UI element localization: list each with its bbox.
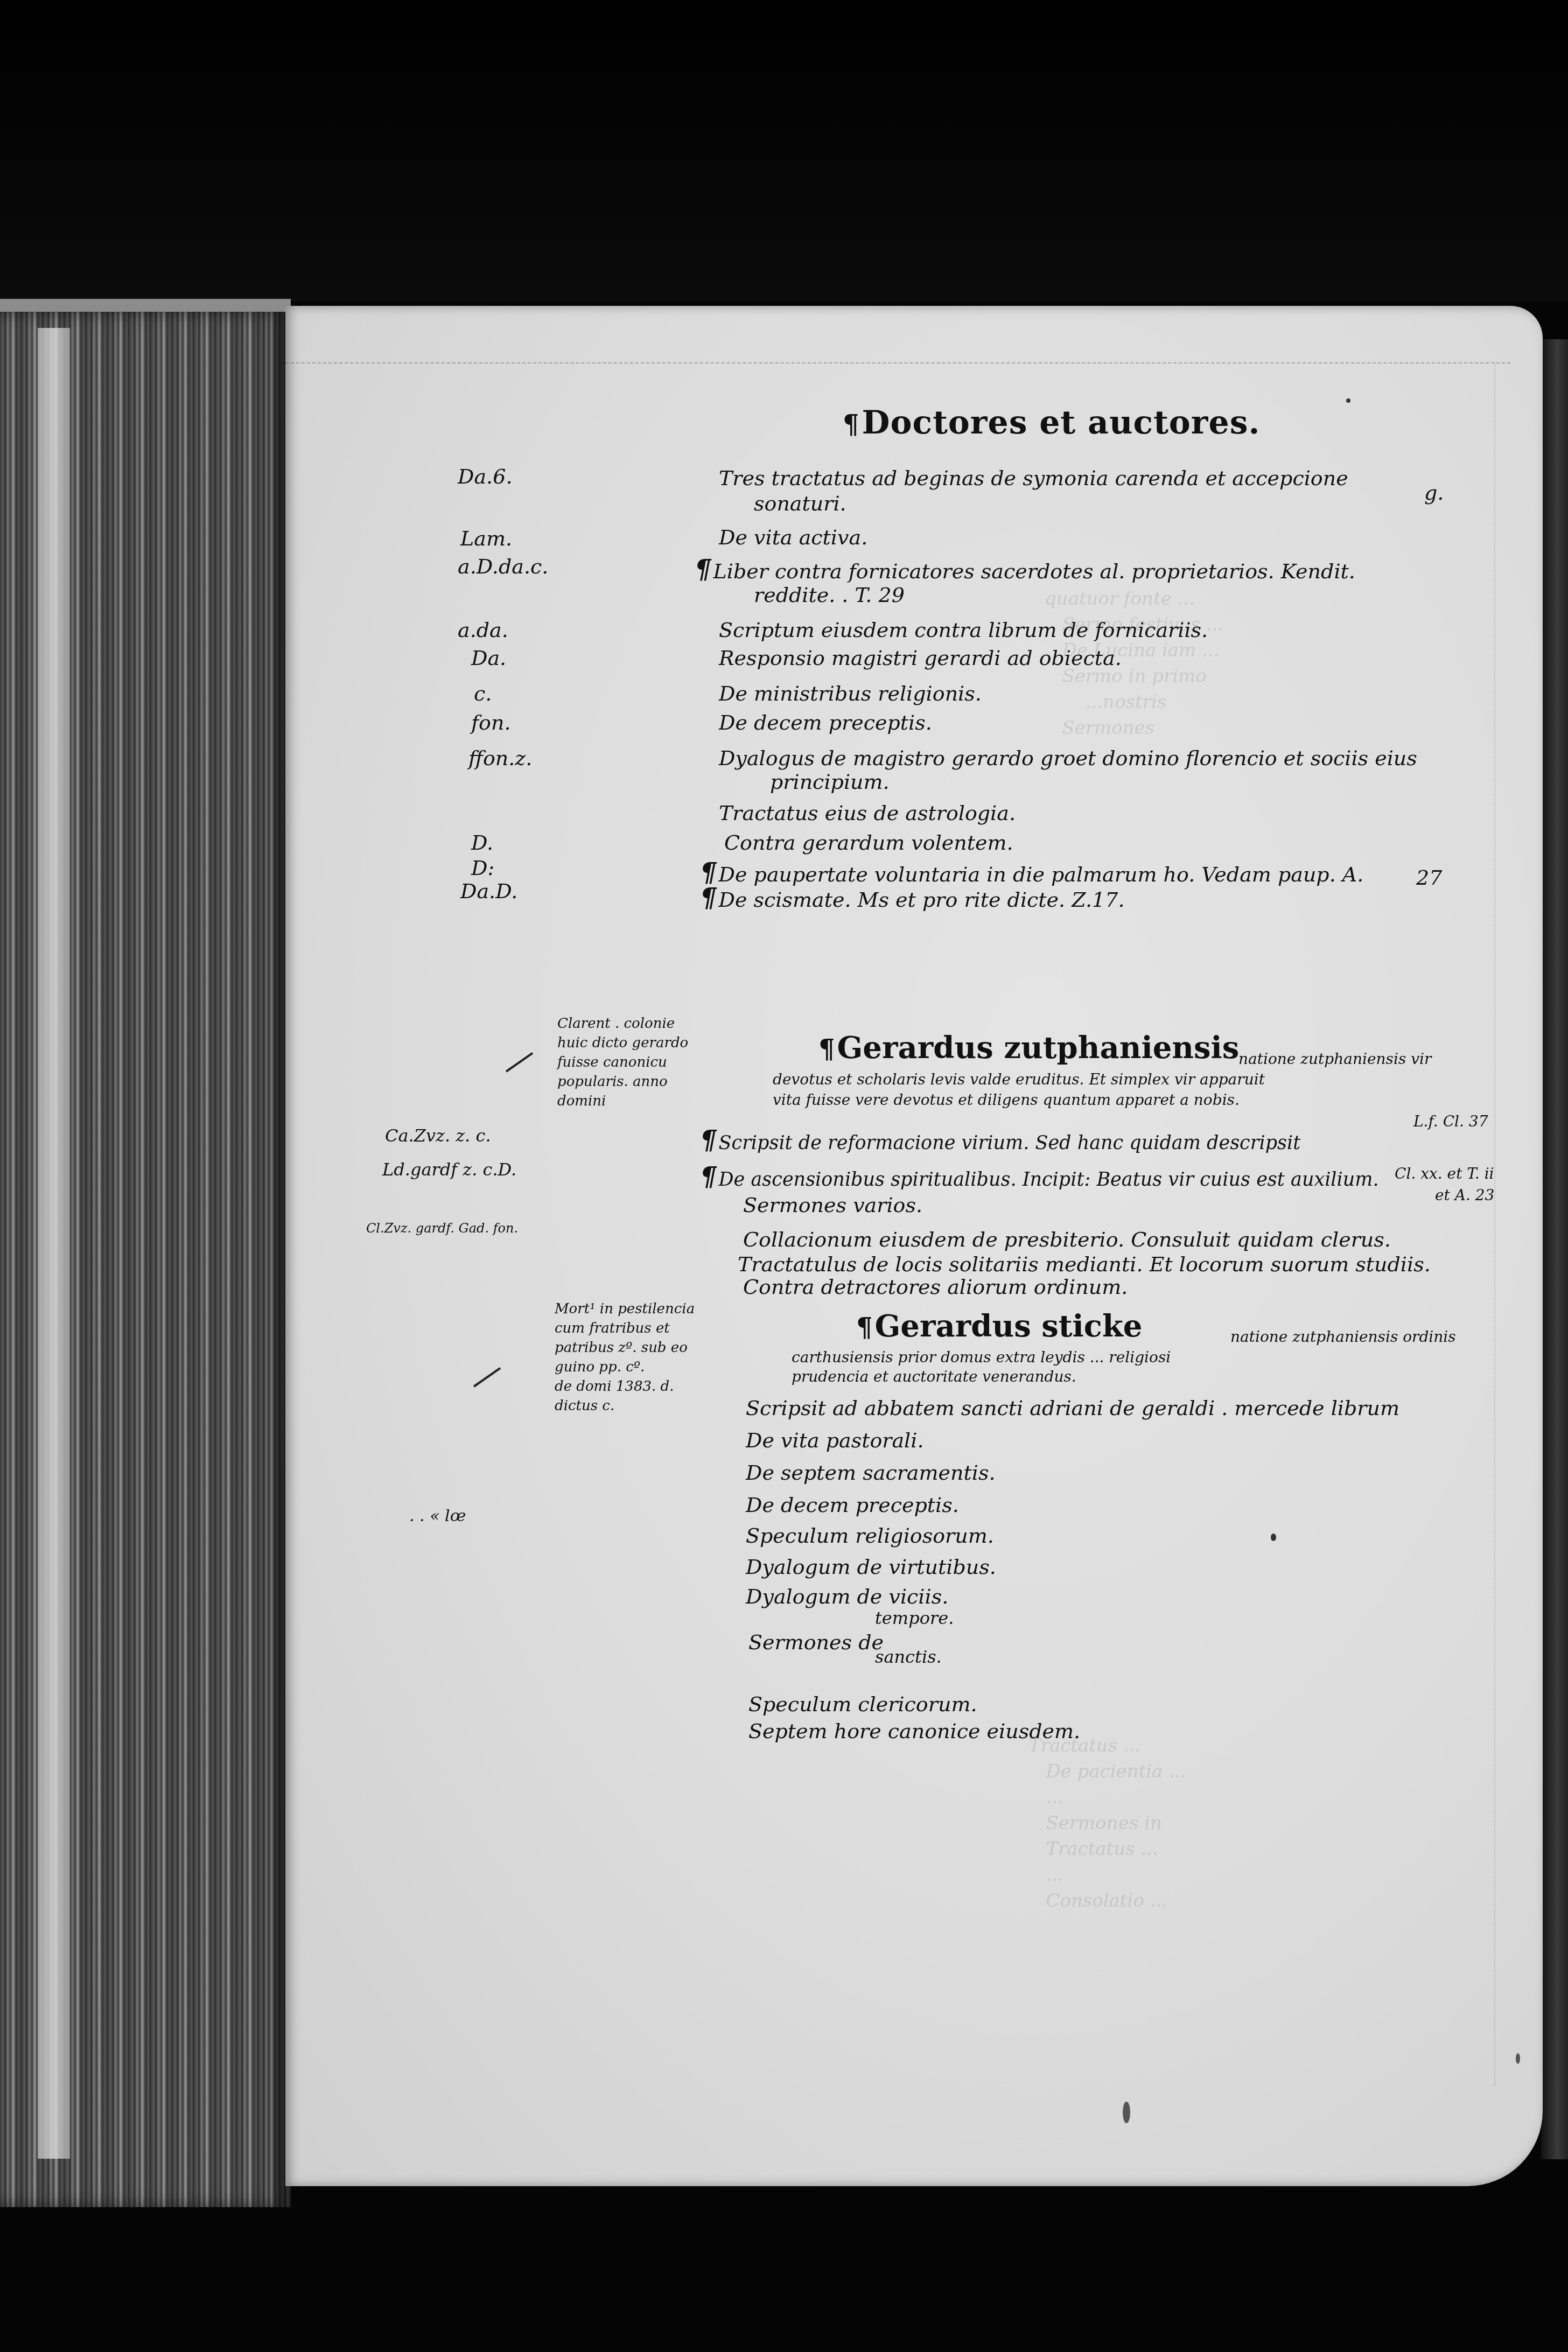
catalogue-entry: Sermones varios. — [743, 1193, 922, 1217]
catalogue-entry-cont: principium. — [770, 770, 890, 794]
catalogue-entry: Sermones de — [748, 1630, 884, 1654]
catalogue-entry: ¶De ascensionibus spiritualibus. Incipit… — [700, 1162, 1379, 1192]
catalogue-entry: Septem hore canonice eiusdem. — [748, 1719, 1080, 1743]
catalogue-entry: De decem preceptis. — [746, 1493, 959, 1517]
pilcrow-icon: ¶ — [843, 410, 860, 440]
catalogue-entry: Collacionum eiusdem de presbiterio. Cons… — [743, 1228, 1391, 1251]
author-description: prudencia et auctoritate venerandus. — [792, 1368, 1076, 1385]
catalogue-entry: Contra detractores aliorum ordinum. — [743, 1275, 1128, 1299]
siglum: fon. — [471, 711, 511, 734]
catalogue-entry: ¶Liber contra fornicatores sacerdotes al… — [695, 555, 1355, 585]
catalogue-entry: Scriptum eiusdem contra librum de fornic… — [719, 618, 1208, 642]
catalogue-entry: Dyalogum de viciis. — [746, 1585, 948, 1608]
right-ruling-line — [1494, 362, 1495, 2085]
book-cover-edge — [1541, 339, 1568, 2159]
margin-note: Clarent . colonie huic dicto gerardo fui… — [557, 1014, 688, 1111]
catalogue-entry: ¶De scismate. Ms et pro rite dicte. Z.17… — [700, 883, 1124, 913]
siglum: D. — [471, 831, 493, 855]
book-page-edges — [0, 299, 291, 2207]
catalogue-entry: Contra gerardum volentem. — [724, 831, 1013, 855]
siglum: D: — [471, 856, 494, 880]
margin-stroke — [506, 1052, 533, 1073]
catalogue-entry: Scripsit ad abbatem sancti adriani de ge… — [746, 1396, 1399, 1420]
stain — [1516, 2053, 1520, 2064]
siglum: Ld.gardf z. c.D. — [382, 1159, 516, 1180]
catalogue-entry-cont: reddite. . T. 29 — [754, 583, 905, 607]
catalogue-entry-cont: sonaturi. — [754, 492, 846, 515]
catalogue-entry-stacked: sanctis. — [875, 1647, 942, 1667]
pilcrow-icon: ¶ — [700, 1162, 717, 1192]
catalogue-entry-mark: 27 — [1416, 866, 1442, 890]
catalogue-entry: De vita activa. — [719, 526, 867, 549]
author-description: natione zutphaniensis vir — [1238, 1050, 1431, 1068]
top-ruling-line — [285, 362, 1510, 363]
flyleaf-edge — [38, 328, 70, 2159]
stain — [1123, 2102, 1130, 2123]
author-description: devotus et scholaris levis valde eruditu… — [773, 1070, 1265, 1088]
author-heading: ¶Gerardus zutphaniensis — [818, 1030, 1239, 1066]
page-heading: ¶Doctores et auctores. — [843, 404, 1260, 442]
siglum: Cl.Zvz. gardf. Gad. fon. — [366, 1219, 518, 1238]
shelfmark-note: et A. 23 — [1435, 1186, 1494, 1204]
dark-background — [0, 0, 1568, 302]
siglum: Lam. — [460, 527, 512, 550]
siglum: Da.D. — [460, 879, 517, 903]
siglum: ffon.z. — [468, 746, 532, 770]
pilcrow-icon: ¶ — [856, 1313, 873, 1343]
pilcrow-icon: ¶ — [700, 1125, 717, 1156]
catalogue-entry: De vita pastorali. — [746, 1429, 924, 1452]
author-description: carthusiensis prior domus extra leydis .… — [792, 1348, 1171, 1366]
margin-note: Mort¹ in pestilencia cum fratribus et pa… — [555, 1299, 695, 1416]
catalogue-entry: Speculum religiosorum. — [746, 1524, 994, 1548]
catalogue-entry: ¶Scripsit de reformacione virium. Sed ha… — [700, 1125, 1300, 1156]
manuscript-page: quatuor fonte ... Sermo festivus ... De … — [285, 306, 1543, 2186]
shelfmark-note: Cl. xx. et T. ii — [1395, 1165, 1494, 1182]
catalogue-entry: Responsio magistri gerardi ad obiecta. — [719, 646, 1122, 670]
author-description: natione zutphaniensis ordinis — [1230, 1328, 1456, 1346]
show-through-text: Tractatus ... De pacientia ... ... Sermo… — [1028, 1733, 1186, 1914]
catalogue-entry: Tractatulus de locis solitariis medianti… — [738, 1252, 1431, 1276]
catalogue-entry: De septem sacramentis. — [746, 1461, 995, 1485]
catalogue-entry: De decem preceptis. — [719, 711, 932, 734]
margin-mark: . . « lœ — [409, 1507, 466, 1525]
shelfmark-note: L.f. Cl. 37 — [1413, 1112, 1488, 1130]
ink-speck — [1346, 398, 1350, 403]
catalogue-entry: De ministribus religionis. — [719, 682, 982, 705]
catalogue-entry-stacked: tempore. — [875, 1608, 954, 1628]
siglum: a.da. — [458, 618, 508, 642]
author-heading: ¶Gerardus sticke — [856, 1308, 1142, 1344]
catalogue-entry-mark: g. — [1424, 481, 1444, 505]
siglum: a.D.da.c. — [458, 555, 548, 578]
siglum: Da. — [471, 646, 506, 670]
margin-stroke — [473, 1367, 501, 1388]
catalogue-entry: Dyalogus de magistro gerardo groet domin… — [719, 746, 1417, 770]
author-description: vita fuisse vere devotus et diligens qua… — [773, 1091, 1240, 1109]
siglum: Ca.Zvz. z. c. — [385, 1125, 491, 1146]
siglum: Da.6. — [458, 465, 512, 488]
pilcrow-icon: ¶ — [818, 1034, 835, 1065]
catalogue-entry: Tres tractatus ad beginas de symonia car… — [719, 466, 1348, 490]
catalogue-entry: Speculum clericorum. — [748, 1692, 977, 1716]
siglum: c. — [474, 682, 492, 705]
catalogue-entry: Tractatus eius de astrologia. — [719, 801, 1016, 825]
pilcrow-icon: ¶ — [695, 555, 711, 585]
ink-speck — [1271, 1534, 1276, 1541]
pilcrow-icon: ¶ — [700, 883, 717, 913]
catalogue-entry: Dyalogum de virtutibus. — [746, 1555, 996, 1579]
